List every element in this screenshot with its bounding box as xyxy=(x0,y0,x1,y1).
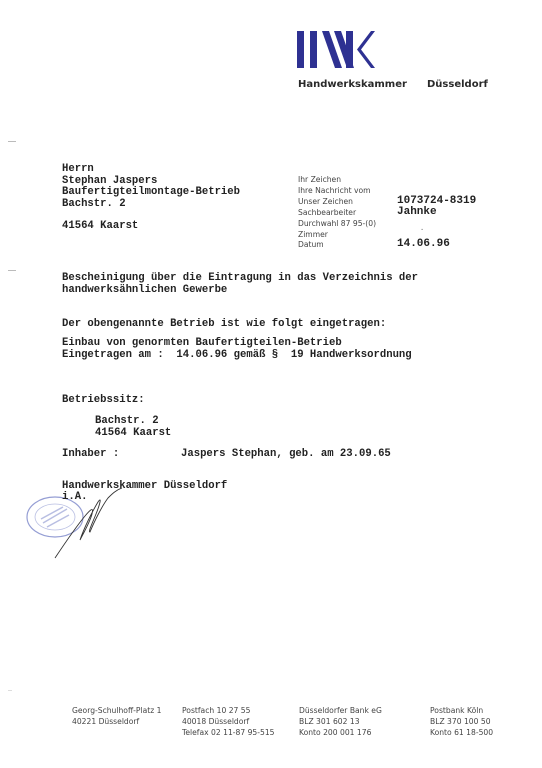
footer-line: Konto 61 18-500 xyxy=(430,727,493,738)
footer-line: Telefax 02 11-87 95-515 xyxy=(182,727,275,738)
ref-label: Datum xyxy=(298,240,376,251)
footer-line: Postbank Köln xyxy=(430,705,493,716)
organization-name: Handwerkskammer xyxy=(298,79,407,90)
subject-line: handwerksähnlichen Gewerbe xyxy=(62,285,418,297)
recipient-address: Herrn Stephan Jaspers Baufertigteilmonta… xyxy=(62,164,240,233)
footer-line: BLZ 370 100 50 xyxy=(430,716,493,727)
subject-line: Bescheinigung über die Eintragung in das… xyxy=(62,273,418,285)
footer-line: Postfach 10 27 55 xyxy=(182,705,275,716)
registration-details: Einbau von genormten Baufertigteilen-Bet… xyxy=(62,338,412,361)
ref-label: Ihre Nachricht vom xyxy=(298,186,376,197)
ref-label: Unser Zeichen xyxy=(298,197,376,208)
reference-labels: Ihr Zeichen Ihre Nachricht vom Unser Zei… xyxy=(298,175,376,251)
trade-description: Einbau von genormten Baufertigteilen-Bet… xyxy=(62,338,412,350)
ref-label: Durchwahl 87 95-(0) xyxy=(298,219,376,230)
organization-city: Düsseldorf xyxy=(427,79,488,90)
room-value: . xyxy=(420,224,424,236)
registration-date: Eingetragen am : 14.06.96 gemäß § 19 Han… xyxy=(62,350,412,362)
seat-address: Bachstr. 2 41564 Kaarst xyxy=(95,416,171,439)
footer-line: 40221 Düsseldorf xyxy=(72,716,161,727)
footer-postbank: Postbank Köln BLZ 370 100 50 Konto 61 18… xyxy=(430,705,493,738)
ref-label: Ihr Zeichen xyxy=(298,175,376,186)
intro-text: Der obengenannte Betrieb ist wie folgt e… xyxy=(62,319,386,331)
clerk-name: Jahnke xyxy=(397,207,437,219)
recipient-line: Bachstr. 2 xyxy=(62,199,240,211)
footer-line: 40018 Düsseldorf xyxy=(182,716,275,727)
owner-label: Inhaber : xyxy=(62,449,119,461)
fold-mark-top xyxy=(8,141,16,142)
ref-label: Zimmer xyxy=(298,230,376,241)
seat-street: Bachstr. 2 xyxy=(95,416,171,428)
footer-line: Georg-Schulhoff-Platz 1 xyxy=(72,705,161,716)
footer-bank: Düsseldorfer Bank eG BLZ 301 602 13 Kont… xyxy=(299,705,382,738)
owner-value: Jaspers Stephan, geb. am 23.09.65 xyxy=(181,449,391,461)
footer-postal: Postfach 10 27 55 40018 Düsseldorf Telef… xyxy=(182,705,275,738)
letter-date: 14.06.96 xyxy=(397,239,450,251)
footer-line: Düsseldorfer Bank eG xyxy=(299,705,382,716)
footer-line: Konto 200 001 176 xyxy=(299,727,382,738)
recipient-line: Herrn xyxy=(62,164,240,176)
scan-mark xyxy=(8,690,12,691)
subject: Bescheinigung über die Eintragung in das… xyxy=(62,273,418,296)
seat-label: Betriebssitz: xyxy=(62,395,145,407)
seat-city: 41564 Kaarst xyxy=(95,428,171,440)
handwritten-signature-icon xyxy=(50,488,125,563)
recipient-line: Baufertigteilmontage-Betrieb xyxy=(62,187,240,199)
footer-line: BLZ 301 602 13 xyxy=(299,716,382,727)
recipient-postal: 41564 Kaarst xyxy=(62,221,240,233)
hwk-logo-icon xyxy=(297,31,375,68)
fold-mark-middle xyxy=(8,270,16,271)
ref-label: Sachbearbeiter xyxy=(298,208,376,219)
footer-address: Georg-Schulhoff-Platz 1 40221 Düsseldorf xyxy=(72,705,161,727)
